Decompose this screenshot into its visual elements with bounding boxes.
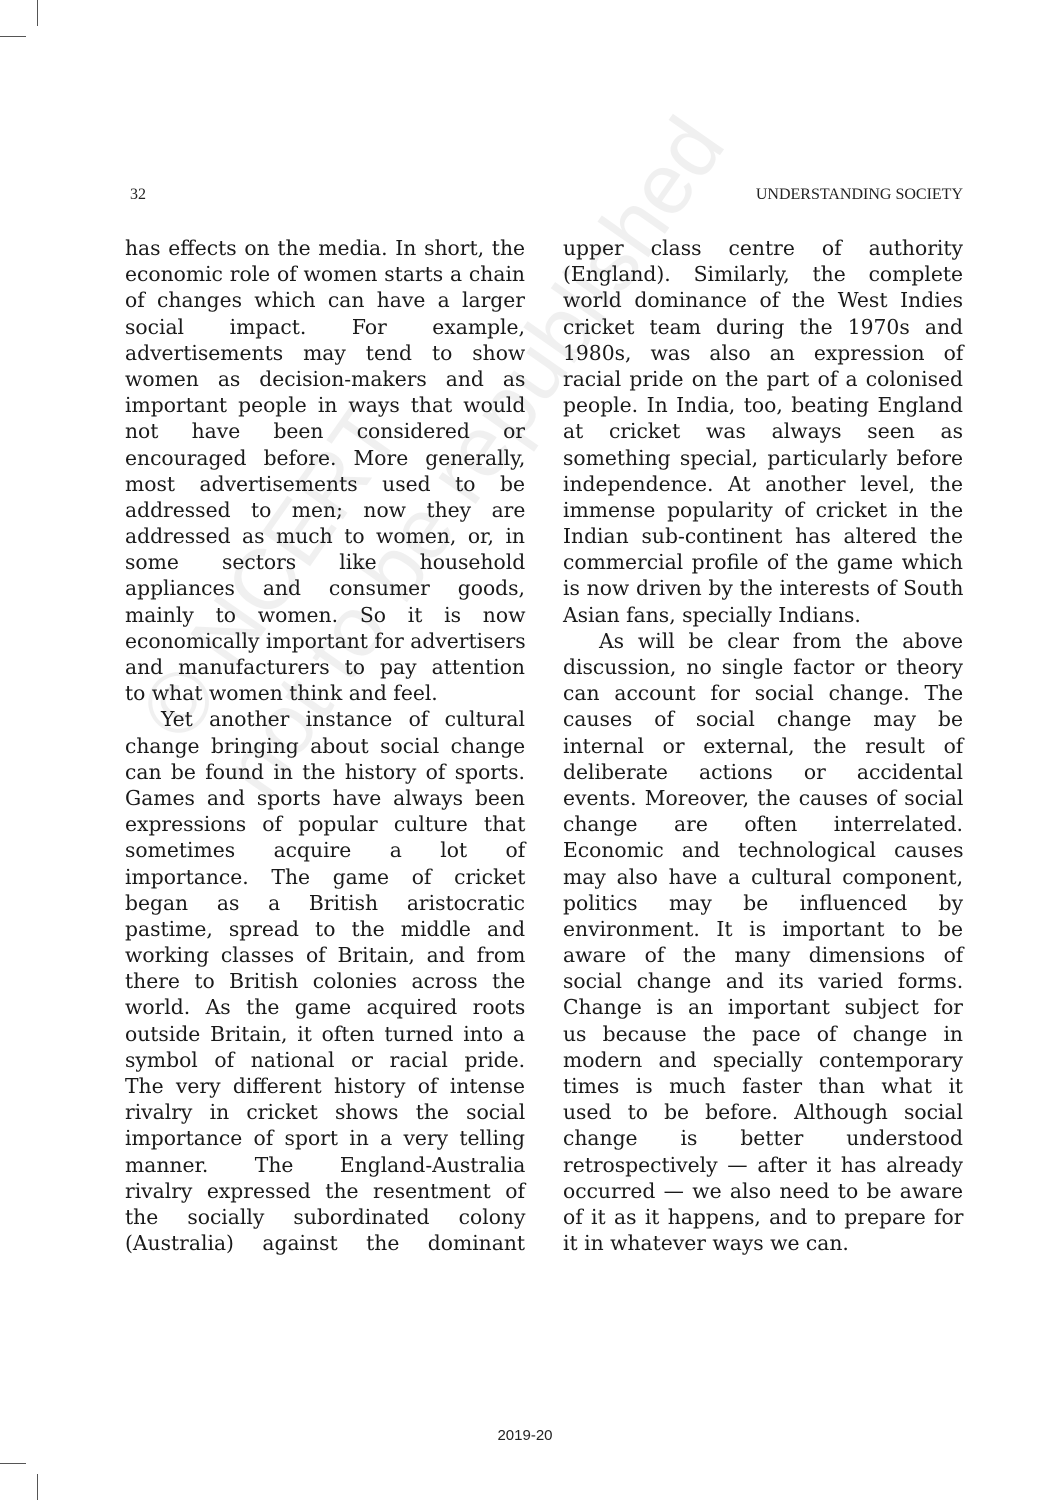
- text-line: environment. It is important to be: [563, 916, 963, 942]
- text-line: change bringing about social change: [125, 733, 525, 759]
- text-line: racial pride on the part of a colonised: [563, 366, 963, 392]
- text-line: importance. The game of cricket: [125, 864, 525, 890]
- text-line: symbol of national or racial pride.: [125, 1047, 525, 1073]
- text-line: addressed as much to women, or, in: [125, 523, 525, 549]
- text-line: at cricket was always seen as: [563, 418, 963, 444]
- left-column: has effects on the media. In short, thee…: [125, 235, 525, 1256]
- text-line: events. Moreover, the causes of social: [563, 785, 963, 811]
- text-line: can account for social change. The: [563, 680, 963, 706]
- text-line: appliances and consumer goods,: [125, 575, 525, 601]
- text-line: social impact. For example,: [125, 314, 525, 340]
- text-line: rivalry in cricket shows the social: [125, 1099, 525, 1125]
- text-line: advertisements may tend to show: [125, 340, 525, 366]
- text-line: most advertisements used to be: [125, 471, 525, 497]
- footer-year: 2019-20: [0, 1427, 1050, 1444]
- text-line: times is much faster than what it: [563, 1073, 963, 1099]
- text-line: working classes of Britain, and from: [125, 942, 525, 968]
- right-column: upper class centre of authority(England)…: [563, 235, 963, 1256]
- text-line: aware of the many dimensions of: [563, 942, 963, 968]
- text-line: expressions of popular culture that: [125, 811, 525, 837]
- text-line: internal or external, the result of: [563, 733, 963, 759]
- text-line: to what women think and feel.: [125, 680, 525, 706]
- text-line: As will be clear from the above: [563, 628, 963, 654]
- text-line: world. As the game acquired roots: [125, 994, 525, 1020]
- text-line: us because the pace of change in: [563, 1021, 963, 1047]
- text-line: manner. The England-Australia: [125, 1152, 525, 1178]
- text-line: is now driven by the interests of South: [563, 575, 963, 601]
- crop-mark-top-vertical: [37, 0, 38, 26]
- text-line: independence. At another level, the: [563, 471, 963, 497]
- text-line: (England). Similarly, the complete: [563, 261, 963, 287]
- text-line: something special, particularly before: [563, 445, 963, 471]
- text-line: The very different history of intense: [125, 1073, 525, 1099]
- crop-mark-top-horizontal: [0, 36, 26, 37]
- text-line: Economic and technological causes: [563, 837, 963, 863]
- text-line: used to be before. Although social: [563, 1099, 963, 1125]
- text-line: upper class centre of authority: [563, 235, 963, 261]
- text-line: may also have a cultural component,: [563, 864, 963, 890]
- text-line: change are often interrelated.: [563, 811, 963, 837]
- text-line: retrospectively — after it has already: [563, 1152, 963, 1178]
- text-line: causes of social change may be: [563, 706, 963, 732]
- text-line: it in whatever ways we can.: [563, 1230, 963, 1256]
- text-line: commercial profile of the game which: [563, 549, 963, 575]
- text-line: immense popularity of cricket in the: [563, 497, 963, 523]
- text-line: the socially subordinated colony: [125, 1204, 525, 1230]
- text-line: people. In India, too, beating England: [563, 392, 963, 418]
- text-line: women as decision-makers and as: [125, 366, 525, 392]
- text-line: encouraged before. More generally,: [125, 445, 525, 471]
- crop-mark-bottom-vertical: [37, 1474, 38, 1500]
- text-line: change is better understood: [563, 1125, 963, 1151]
- text-line: mainly to women. So it is now: [125, 602, 525, 628]
- crop-mark-bottom-horizontal: [0, 1463, 26, 1464]
- text-line: Games and sports have always been: [125, 785, 525, 811]
- text-line: Change is an important subject for: [563, 994, 963, 1020]
- text-line: 1980s, was also an expression of: [563, 340, 963, 366]
- text-line: modern and specially contemporary: [563, 1047, 963, 1073]
- text-line: occurred — we also need to be aware: [563, 1178, 963, 1204]
- text-line: not have been considered or: [125, 418, 525, 444]
- text-line: can be found in the history of sports.: [125, 759, 525, 785]
- text-line: pastime, spread to the middle and: [125, 916, 525, 942]
- text-line: world dominance of the West Indies: [563, 287, 963, 313]
- text-line: importance of sport in a very telling: [125, 1125, 525, 1151]
- page-number: 32: [130, 186, 146, 204]
- text-line: deliberate actions or accidental: [563, 759, 963, 785]
- text-line: Indian sub-continent has altered the: [563, 523, 963, 549]
- text-line: and manufacturers to pay attention: [125, 654, 525, 680]
- text-line: social change and its varied forms.: [563, 968, 963, 994]
- text-line: economic role of women starts a chain: [125, 261, 525, 287]
- text-line: some sectors like household: [125, 549, 525, 575]
- text-line: of changes which can have a larger: [125, 287, 525, 313]
- text-line: there to British colonies across the: [125, 968, 525, 994]
- text-line: economically important for advertisers: [125, 628, 525, 654]
- text-line: sometimes acquire a lot of: [125, 837, 525, 863]
- text-line: began as a British aristocratic: [125, 890, 525, 916]
- text-line: discussion, no single factor or theory: [563, 654, 963, 680]
- text-line: politics may be influenced by: [563, 890, 963, 916]
- text-line: addressed to men; now they are: [125, 497, 525, 523]
- text-line: Yet another instance of cultural: [125, 706, 525, 732]
- text-line: Asian fans, specially Indians.: [563, 602, 963, 628]
- text-line: rivalry expressed the resentment of: [125, 1178, 525, 1204]
- text-line: outside Britain, it often turned into a: [125, 1021, 525, 1047]
- running-title: UNDERSTANDING SOCIETY: [756, 186, 963, 204]
- text-line: has effects on the media. In short, the: [125, 235, 525, 261]
- text-line: of it as it happens, and to prepare for: [563, 1204, 963, 1230]
- text-line: cricket team during the 1970s and: [563, 314, 963, 340]
- text-line: (Australia) against the dominant: [125, 1230, 525, 1256]
- text-line: important people in ways that would: [125, 392, 525, 418]
